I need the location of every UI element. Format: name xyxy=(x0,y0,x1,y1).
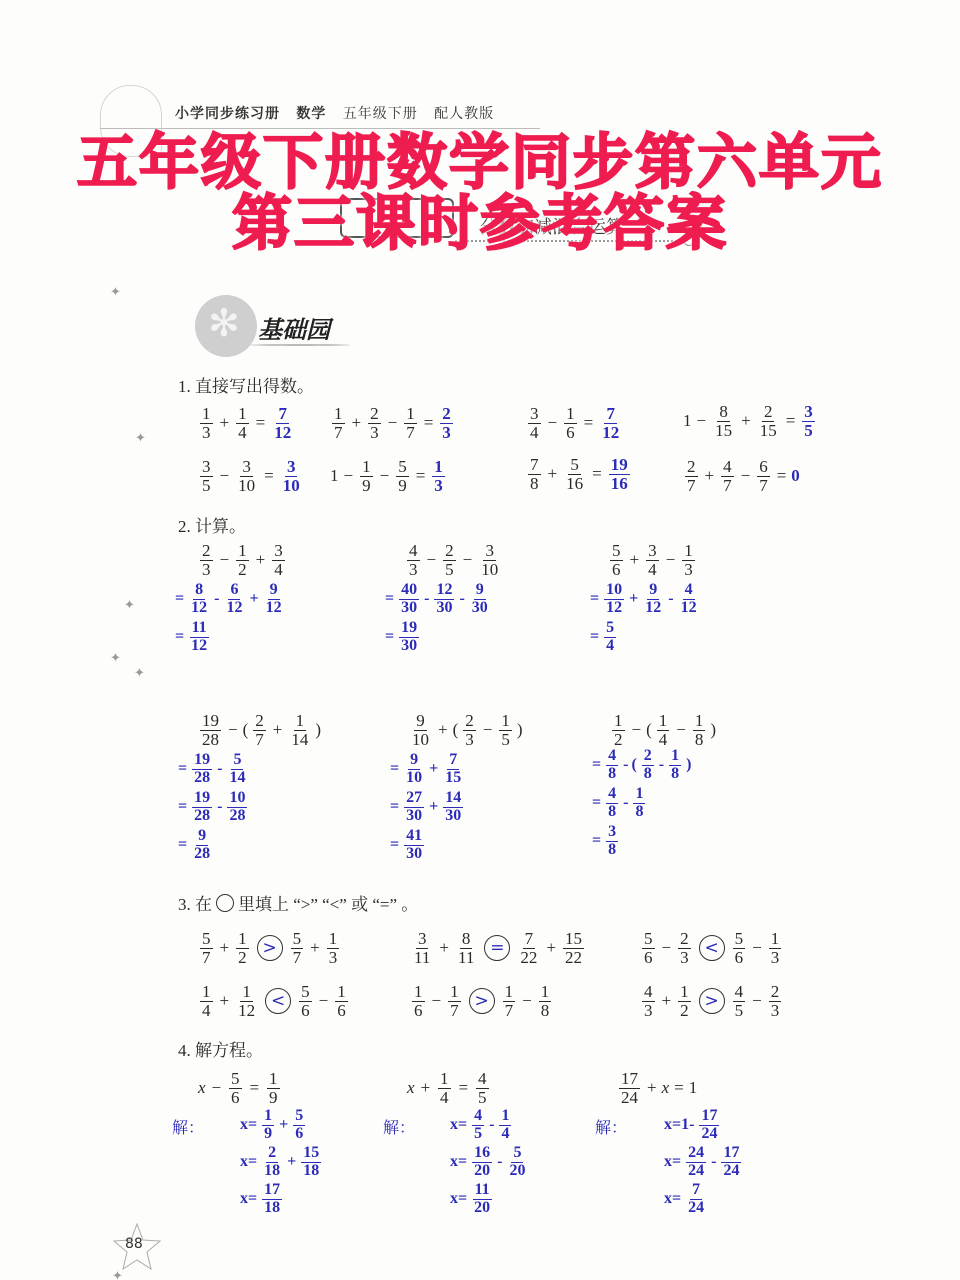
q2-step: =812- 612+ 912 xyxy=(175,582,286,617)
compare-answer: > xyxy=(469,988,495,1014)
q1-item: 13+ 14= 712 xyxy=(198,405,295,442)
q2-step: =1928- 514 xyxy=(178,752,249,787)
q2-step: =38 xyxy=(592,824,620,859)
q1-item: 27+ 47− 67= 0 xyxy=(683,458,800,495)
q3-prompt-post: 里填上 “>” “<” 或 “=” 。 xyxy=(238,890,418,915)
q1-item: 35− 310= 310 xyxy=(198,458,304,495)
q1-item: 1− 19− 59= 13 xyxy=(330,458,447,495)
solution-label: 解： xyxy=(595,1115,627,1138)
section-title: 基础园 xyxy=(258,310,330,345)
q2-step: =2730+ 1430 xyxy=(390,790,465,825)
q3-item: 16− 17 > 17− 18 xyxy=(410,983,553,1020)
compare-answer: < xyxy=(265,988,291,1014)
q4-step: x=19+ 56 xyxy=(240,1108,307,1143)
q2-step: =1930 xyxy=(385,620,421,655)
q3-prompt: 3. 在 里填上 “>” “<” 或 “=” 。 xyxy=(178,890,418,915)
q1-prompt: 1. 直接写出得数。 xyxy=(178,372,314,397)
star-icon: ✦ xyxy=(124,597,135,613)
q1-item: 78+ 516= 1916 xyxy=(526,456,632,493)
compare-answer: < xyxy=(699,935,725,961)
q2-step: =48- 18 xyxy=(592,786,647,821)
page-number: 88 xyxy=(125,1236,143,1252)
q2-problem: 23− 12+ 34 xyxy=(198,542,287,579)
q2-problem: 12−( 14− 18) xyxy=(610,712,716,749)
q4-step: x=1718 xyxy=(240,1182,284,1217)
section-underline xyxy=(250,344,350,346)
star-icon: ✦ xyxy=(110,650,121,666)
q4-step: x=1620- 520 xyxy=(450,1145,529,1180)
star-icon: ✦ xyxy=(135,430,146,446)
q2-step: =1112 xyxy=(175,620,211,655)
q4-step: x=1120 xyxy=(450,1182,494,1217)
q4-equation: x− 56= 19 xyxy=(198,1070,282,1107)
q2-step: =48-( 28- 18) xyxy=(592,748,691,783)
compare-answer: > xyxy=(699,988,725,1014)
q4-step: x=2424- 1724 xyxy=(664,1145,743,1180)
q2-prompt: 2. 计算。 xyxy=(178,512,246,537)
q1-item: 17+ 23− 17= 23 xyxy=(330,405,455,442)
q1-item: 1− 815+ 215= 35 xyxy=(683,403,817,440)
q1-item: 34− 16= 712 xyxy=(526,405,623,442)
compare-answer: = xyxy=(484,935,510,961)
q3-prompt-pre: 3. 在 xyxy=(178,890,212,915)
star-icon: ✦ xyxy=(134,665,145,681)
compare-answer: > xyxy=(257,935,283,961)
q4-prompt: 4. 解方程。 xyxy=(178,1036,263,1061)
q4-step: x=45- 14 xyxy=(450,1108,513,1143)
q4-step: x=1-1724 xyxy=(664,1108,721,1143)
q3-item: 43+ 12 > 45− 23 xyxy=(640,983,783,1020)
q2-step: =1928- 1028 xyxy=(178,790,249,825)
q2-step: =54 xyxy=(590,620,618,655)
star-icon: ✦ xyxy=(110,284,121,300)
q2-problem: 43− 25− 310 xyxy=(405,542,502,579)
atom-icon xyxy=(195,295,257,357)
q4-equation: x+ 14= 45 xyxy=(407,1070,491,1107)
q2-problem: 1928−( 27+ 114) xyxy=(198,712,321,749)
q3-item: 56− 23 < 56− 13 xyxy=(640,930,783,967)
q2-problem: 56+ 34− 13 xyxy=(608,542,697,579)
q2-step: =910+ 715 xyxy=(390,752,465,787)
solution-label: 解： xyxy=(172,1115,204,1138)
q4-equation: 1724+ x=1 xyxy=(617,1070,697,1107)
q3-item: 57+ 12 > 57+ 13 xyxy=(198,930,341,967)
q2-step: =4030- 1230- 930 xyxy=(385,582,492,617)
solution-label: 解： xyxy=(383,1115,415,1138)
overlay-title-line2: 第三课时参考答案 xyxy=(0,176,960,262)
q3-item: 311+ 811 = 722+ 1522 xyxy=(410,930,586,967)
q2-problem: 910+( 23− 15) xyxy=(408,712,523,749)
q3-item: 14+ 112 < 56− 16 xyxy=(198,983,350,1020)
q2-step: =4130 xyxy=(390,828,426,863)
q4-step: x=218+ 1518 xyxy=(240,1145,323,1180)
circle-icon xyxy=(216,894,234,912)
q4-step: x=724 xyxy=(664,1182,708,1217)
q2-step: =928 xyxy=(178,828,214,863)
q2-step: =1012+ 912- 412 xyxy=(590,582,701,617)
